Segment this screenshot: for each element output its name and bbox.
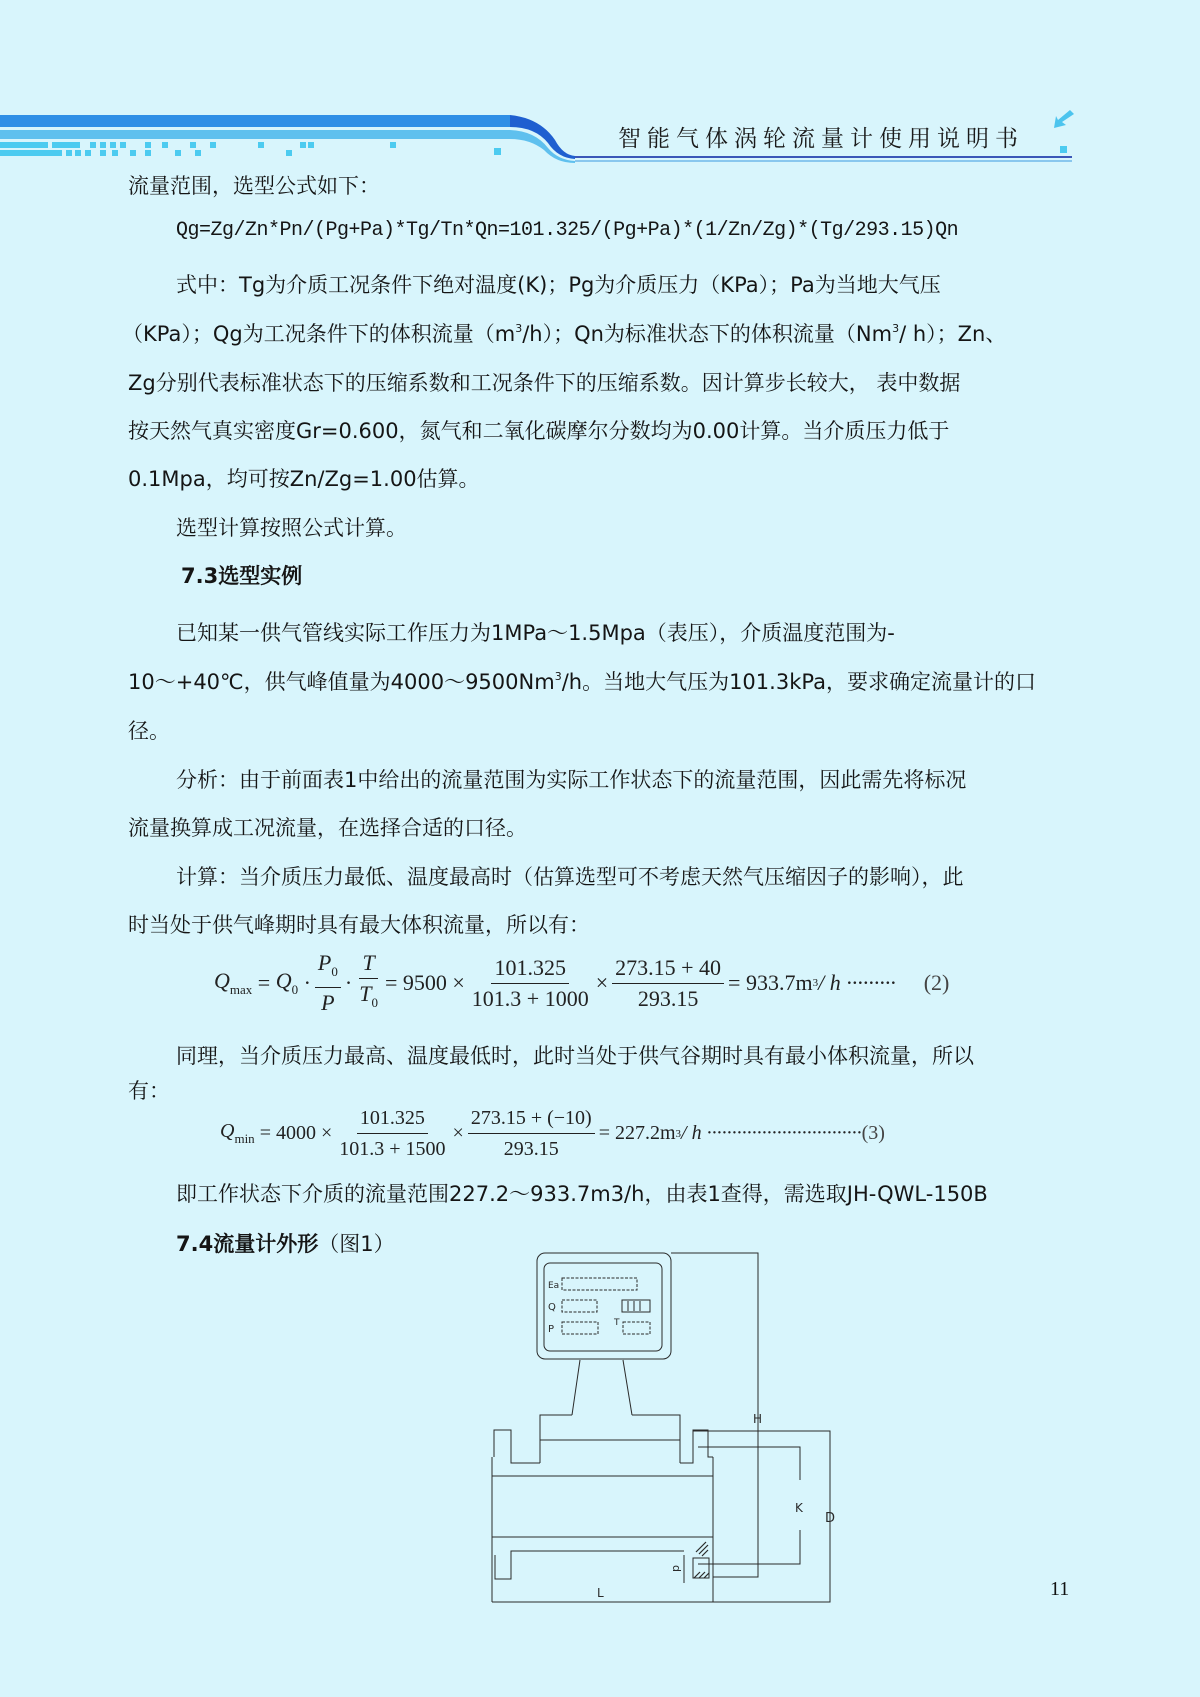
svg-text:P: P bbox=[548, 1324, 554, 1335]
svg-text:H: H bbox=[753, 1412, 762, 1426]
svg-text:Q: Q bbox=[548, 1302, 556, 1313]
display-housing bbox=[537, 1253, 671, 1359]
section-heading-7-3: 7.3选型实例 bbox=[181, 560, 302, 590]
paragraph-calc-line2: 时当处于供气峰期时具有最大体积流量，所以有： bbox=[128, 909, 590, 939]
svg-text:Ea: Ea bbox=[548, 1281, 559, 1291]
document-title: 智能气体涡轮流量计使用说明书 bbox=[618, 120, 1024, 153]
paragraph-analysis-line2: 流量换算成工况流量，在选择合适的口径。 bbox=[128, 812, 527, 842]
equation-qmax: Qmax = Q0 · P0P · TT0 = 9500 × 101.32510… bbox=[214, 950, 949, 1016]
flowmeter-outline-figure: Ea Q P T d H K D L bbox=[470, 1240, 850, 1620]
paragraph-legend-line2: （KPa）；Qg为工况条件下的体积流量（m3/h）；Qn为标准状态下的体积流量（… bbox=[122, 318, 1006, 348]
hatch-detail bbox=[694, 1542, 709, 1578]
paragraph-min-line1: 同理，当介质压力最高、温度最低时，此时当处于供气谷期时具有最小体积流量，所以 bbox=[176, 1040, 974, 1070]
svg-text:D: D bbox=[825, 1511, 835, 1526]
paragraph-analysis-line1: 分析：由于前面表1中给出的流量范围为实际工作状态下的流量范围，因此需先将标况 bbox=[176, 764, 966, 794]
formula-qg: Qg=Zg/Zn*Pn/(Pg+Pa)*Tg/Tn*Qn=101.325/(Pg… bbox=[176, 219, 958, 242]
paragraph-example-line1: 已知某一供气管线实际工作压力为1MPa～1.5Mpa（表压），介质温度范围为- bbox=[176, 617, 895, 647]
paragraph-legend-line3: Zg分别代表标准状态下的压缩系数和工况条件下的压缩系数。因计算步长较大， 表中数… bbox=[128, 367, 960, 397]
arrow-icon bbox=[1050, 106, 1080, 156]
paragraph-calc-note: 选型计算按照公式计算。 bbox=[176, 512, 407, 542]
lcd-segments bbox=[562, 1278, 650, 1334]
paragraph-example-line2: 10～+40℃，供气峰值量为4000～9500Nm3/h。当地大气压为101.3… bbox=[128, 666, 1036, 696]
svg-text:K: K bbox=[795, 1501, 804, 1515]
equation-qmin: Qmin = 4000 × 101.325101.3 + 1500 × 273.… bbox=[220, 1105, 885, 1162]
paragraph-example-line3: 径。 bbox=[128, 715, 170, 745]
equation-number-2: (2) bbox=[924, 970, 950, 996]
paragraph-legend-line4: 按天然气真实密度Gr=0.600，氮气和二氧化碳摩尔分数均为0.00计算。当介质… bbox=[128, 415, 949, 445]
paragraph-legend-line1: 式中：Tg为介质工况条件下绝对温度(K)；Pg为介质压力（KPa）；Pa为当地大… bbox=[176, 269, 941, 299]
svg-text:L: L bbox=[597, 1586, 604, 1600]
paragraph-result: 即工作状态下介质的流量范围227.2～933.7m3/h，由表1查得，需选取JH… bbox=[176, 1178, 988, 1208]
paragraph-intro: 流量范围，选型公式如下： bbox=[128, 170, 380, 200]
page-number: 11 bbox=[1050, 1578, 1069, 1601]
equation-number-3: (3) bbox=[862, 1122, 885, 1145]
section-heading-7-4: 7.4流量计外形（图1） bbox=[176, 1228, 395, 1258]
paragraph-legend-line5: 0.1Mpa，均可按Zn/Zg=1.00估算。 bbox=[128, 463, 480, 493]
svg-text:d: d bbox=[670, 1565, 683, 1572]
paragraph-calc-line1: 计算：当介质压力最低、温度最高时（估算选型可不考虑天然气压缩因子的影响），此 bbox=[176, 861, 964, 891]
svg-text:T: T bbox=[613, 1318, 620, 1328]
paragraph-min-line2: 有： bbox=[128, 1075, 170, 1105]
